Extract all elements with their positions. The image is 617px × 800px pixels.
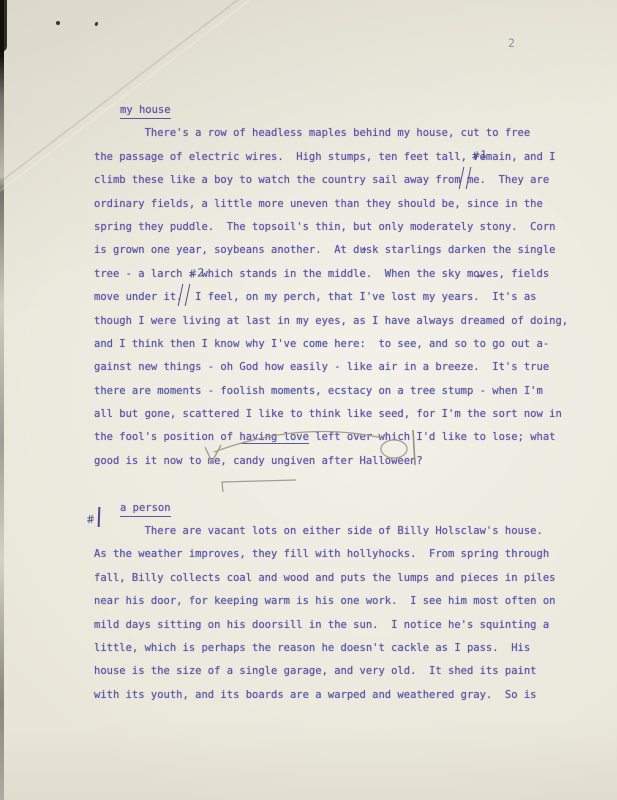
margin-stroke-icon: [98, 507, 100, 527]
staple-mark: [56, 21, 60, 25]
line-text: the fool's position of: [94, 431, 239, 443]
underlined-phrase: having love: [239, 431, 309, 444]
typed-line: there are moments - foolish moments, ecs…: [94, 380, 599, 403]
typed-line: little, which is perhaps the reason he d…: [94, 637, 599, 660]
line-text: left over which I'd like to lose; what: [309, 431, 556, 443]
heading-text: my house: [120, 103, 171, 119]
typed-line: climb these like a boy to watch the coun…: [94, 169, 599, 192]
typed-line: the passage of electric wires. High stum…: [94, 146, 599, 169]
insertion-label-1: #1: [470, 148, 488, 163]
section-heading-my-house: my house: [120, 99, 599, 122]
typed-line: As the weather improves, they fill with …: [94, 543, 599, 566]
typed-line: mild days sitting on his doorsill in the…: [94, 614, 599, 637]
manuscript-page: 2 my house There's a row of headless map…: [0, 0, 617, 800]
staple-mark: [94, 22, 98, 27]
section-heading-a-person: a person: [120, 497, 599, 520]
insertion-mark-2: [180, 284, 188, 310]
insertion-mark-1: [461, 167, 469, 193]
typed-line: There's a row of headless maples behind …: [94, 122, 599, 145]
scan-corner-mark: [0, 0, 7, 52]
typed-line: the fool's position of having love left …: [94, 426, 599, 449]
scan-edge-shadow: [0, 0, 4, 800]
typed-line: all but gone, scattered I like to think …: [94, 403, 599, 426]
typed-line: with its youth, and its boards are a war…: [94, 684, 599, 707]
heading-text: a person: [120, 501, 171, 517]
typescript-text: my house There's a row of headless maple…: [94, 99, 599, 707]
caret-insertion-mark: ^: [361, 247, 367, 258]
typed-line: house is the size of a single garage, an…: [94, 660, 599, 683]
typed-line: There are vacant lots on either side of …: [94, 520, 599, 543]
margin-paragraph-mark: #: [86, 503, 100, 527]
typed-line: tree - a larch - which stands in the mid…: [94, 263, 599, 286]
typed-line: near his door, for keeping warm is his o…: [94, 590, 599, 613]
typed-line: though I were living at last in my eyes,…: [94, 310, 599, 333]
typed-line: is grown one year, soybeans another. At …: [94, 239, 599, 262]
typed-line: move under it. I feel, on my perch, that…: [94, 286, 599, 309]
typed-line: spring they puddle. The topsoil's thin, …: [94, 216, 599, 239]
hash-mark: #: [85, 512, 96, 526]
insertion-label-2: #2: [187, 266, 205, 281]
typed-line: and I think then I know why I've come he…: [94, 333, 599, 356]
typed-line: good is it now to me, candy ungiven afte…: [94, 450, 599, 473]
caret-insertion-mark: ^: [477, 274, 483, 285]
typed-line: fall, Billy collects coal and wood and p…: [94, 567, 599, 590]
page-number: 2: [508, 36, 515, 50]
typed-line: ordinary fields, a little more uneven th…: [94, 193, 599, 216]
typed-line: gainst new things - oh God how easily - …: [94, 356, 599, 379]
